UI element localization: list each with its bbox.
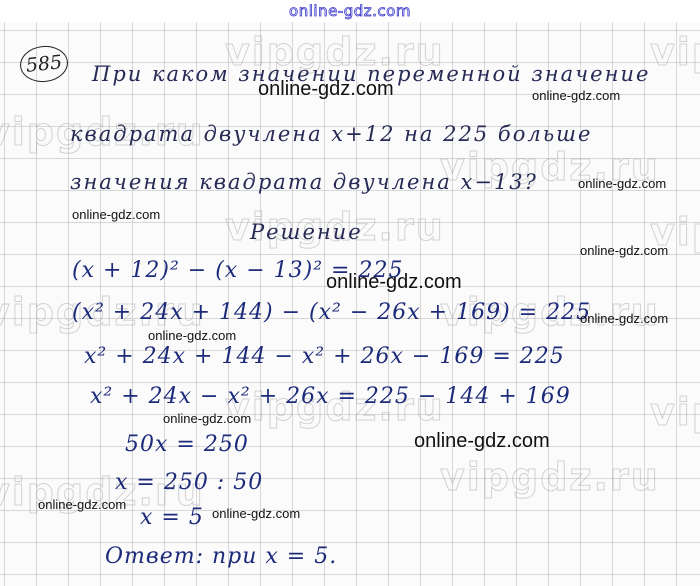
watermark-online-gdz: online-gdz.com	[578, 176, 666, 191]
watermark-online-gdz: online-gdz.com	[38, 497, 126, 512]
solution-step-2: (x² + 24x + 144) − (x² − 26x + 169) = 22…	[72, 300, 591, 325]
watermark-online-gdz: online-gdz.com	[580, 311, 668, 326]
background-watermark: vipgdz.ru	[650, 390, 700, 434]
watermark-online-gdz: online-gdz.com	[258, 78, 394, 101]
watermark-online-gdz: online-gdz.com	[532, 88, 620, 103]
solution-answer: Ответ: при x = 5.	[105, 544, 337, 569]
background-watermark: vipgdz.ru	[650, 30, 700, 74]
problem-line-2: квадрата двучлена x+12 на 225 больше	[70, 122, 592, 146]
solution-step-4: x² + 24x − x² + 26x = 225 − 144 + 169	[90, 384, 571, 409]
watermark-online-gdz: online-gdz.com	[163, 411, 251, 426]
solution-step-7: x = 5	[140, 505, 204, 530]
watermark-online-gdz: online-gdz.com	[580, 243, 668, 258]
watermark-online-gdz: online-gdz.com	[326, 271, 462, 294]
watermark-online-gdz: online-gdz.com	[414, 430, 550, 453]
watermark-online-gdz: online-gdz.com	[212, 506, 300, 521]
solution-step-6: x = 250 : 50	[115, 470, 263, 495]
watermark-online-gdz: online-gdz.com	[72, 207, 160, 222]
watermark-online-gdz: online-gdz.com	[148, 328, 236, 343]
problem-line-3: значения квадрата двучлена x−13?	[70, 170, 538, 194]
solution-step-5: 50x = 250	[125, 432, 249, 457]
solution-title: Решение	[250, 220, 363, 244]
site-watermark-header: online-gdz.com	[0, 2, 700, 20]
background-watermark: vipgdz.ru	[440, 455, 660, 499]
solution-step-3: x² + 24x + 144 − x² + 26x − 169 = 225	[84, 344, 565, 369]
